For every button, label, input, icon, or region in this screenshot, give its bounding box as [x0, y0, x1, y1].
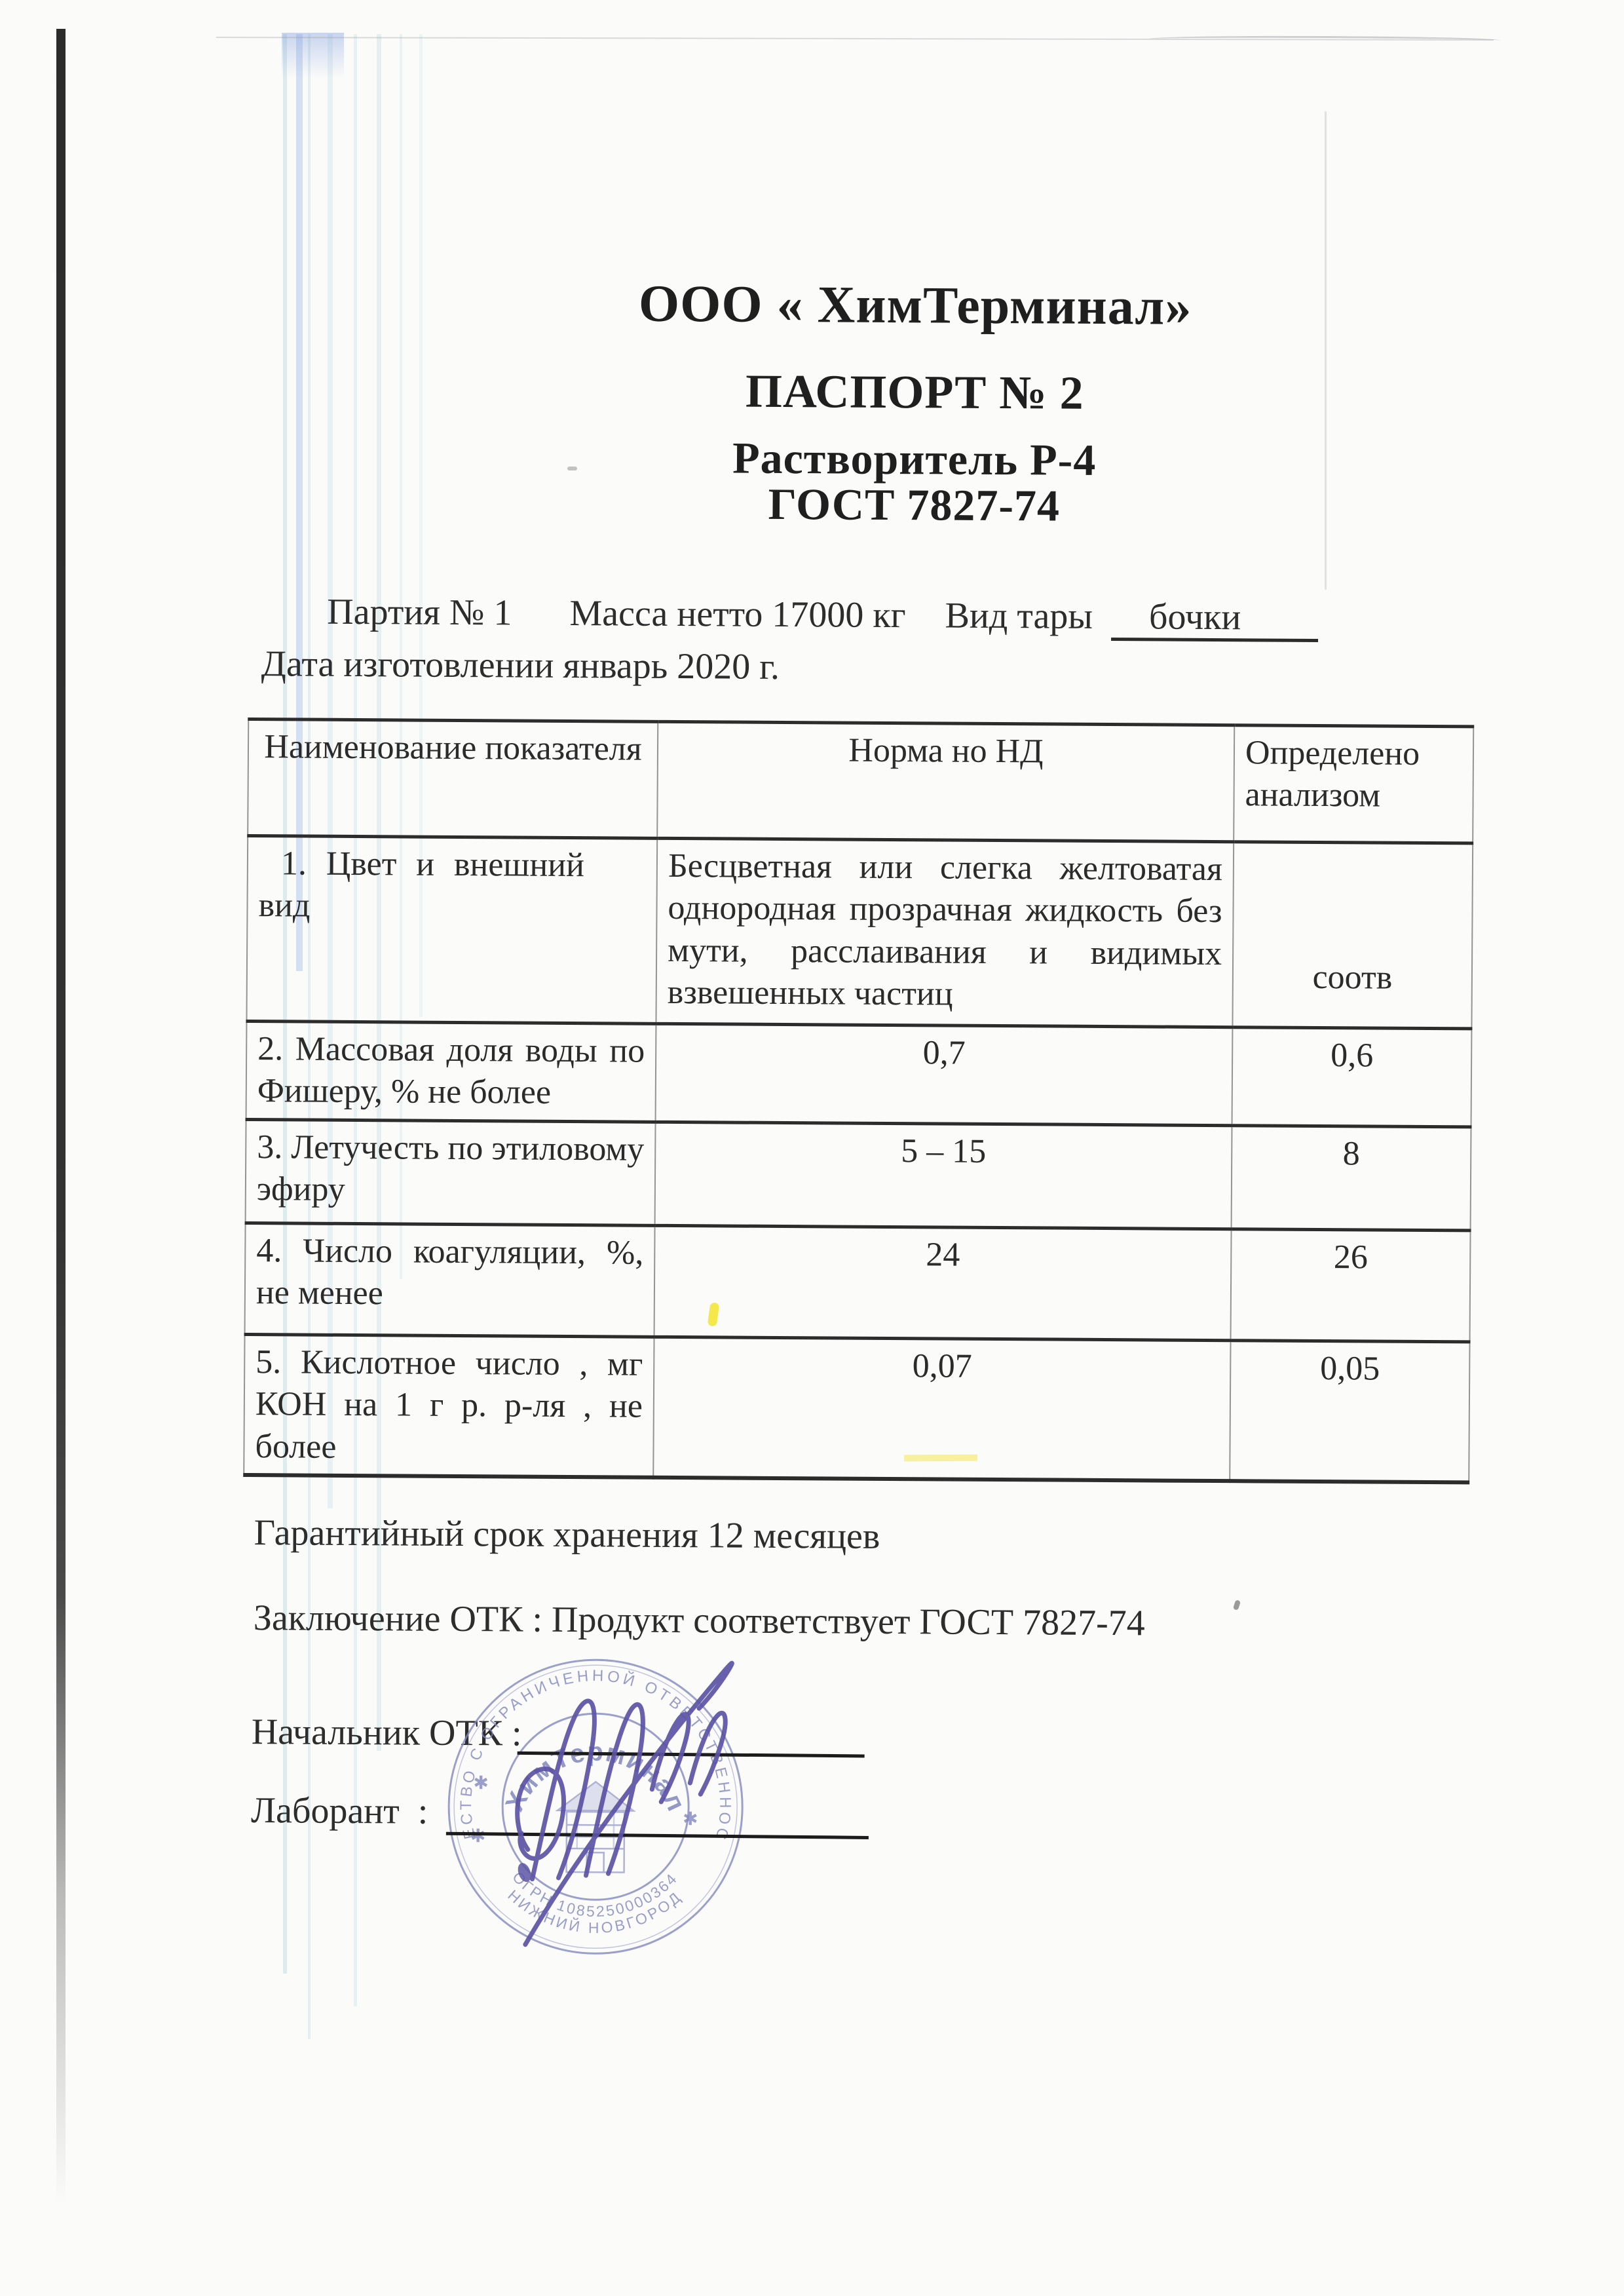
company-name: ООО « ХимТерминал»	[260, 272, 1571, 339]
param-result: соотв	[1232, 842, 1473, 1029]
document-page: ООО « ХимТерминал» ПАСПОРТ № 2 Растворит…	[0, 0, 1624, 2296]
param-norm: 0,07	[653, 1337, 1230, 1481]
param-result: 0,6	[1232, 1027, 1472, 1127]
passport-title: ПАСПОРТ № 2	[259, 361, 1570, 423]
param-norm: 0,7	[656, 1024, 1233, 1125]
warranty-line: Гарантийный срок хранения 12 месяцев	[254, 1512, 880, 1558]
table-row: 3. Летучесть по этиловому эфиру 5 – 15 8	[246, 1119, 1471, 1230]
param-result: 0,05	[1230, 1341, 1469, 1483]
param-name: 3. Летучесть по этиловому эфиру	[246, 1119, 656, 1225]
spec-table: Наименование показателя Норма но НД Опре…	[243, 717, 1474, 1485]
tare-value: бочки	[1149, 596, 1241, 638]
col-header-name: Наименование показателя	[248, 719, 658, 839]
param-name: 4. Число коагуляции, %, не менее	[245, 1223, 655, 1337]
tare-label: Вид тары	[945, 595, 1093, 636]
param-name: 2. Массовая доля воды по Фишеру, % не бо…	[246, 1021, 656, 1122]
param-name: 5. Кислотное число , мг КОН на 1 г р. р-…	[244, 1334, 654, 1478]
param-name: 1. Цвет и внешний вид	[246, 836, 657, 1024]
param-norm: 24	[654, 1225, 1232, 1340]
tare-blank: бочки	[1111, 597, 1319, 642]
param-norm: Бесцветная или слегка желтоватая однород…	[656, 838, 1234, 1027]
param-result: 8	[1232, 1126, 1471, 1231]
table-row: 4. Число коагуляции, %, не менее 24 26	[245, 1223, 1471, 1341]
batch-number: Партия № 1	[327, 592, 512, 634]
gost-number: ГОСТ 7827-74	[259, 475, 1569, 535]
table-row: 2. Массовая доля воды по Фишеру, % не бо…	[246, 1021, 1472, 1126]
table-header-row: Наименование показателя Норма но НД Опре…	[248, 719, 1473, 843]
param-norm: 5 – 15	[655, 1122, 1232, 1229]
net-mass: Масса нетто 17000 кг	[569, 593, 905, 636]
param-result: 26	[1231, 1229, 1471, 1342]
manufacture-date: Дата изготовлении январь 2020 г.	[261, 643, 780, 688]
table-row: 5. Кислотное число , мг КОН на 1 г р. р-…	[244, 1334, 1469, 1482]
signature-mark	[434, 1617, 816, 1973]
table-row: 1. Цвет и внешний вид Бесцветная или сле…	[246, 836, 1473, 1029]
laborant-label: Лаборант :	[251, 1789, 428, 1833]
batch-line: Партия № 1Масса нетто 17000 кгВид тарыбо…	[327, 591, 1319, 642]
col-header-result: Определено анализом	[1234, 725, 1473, 843]
col-header-norm: Норма но НД	[657, 721, 1234, 841]
